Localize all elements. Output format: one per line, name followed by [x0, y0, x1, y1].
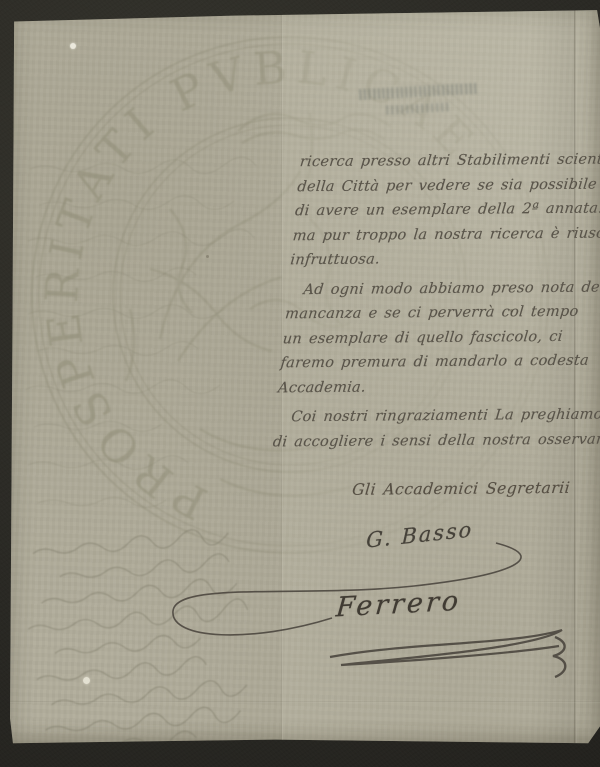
- paper-sheet: PROSPERITATI PVBLICAE: [10, 9, 600, 744]
- closing-role-line: Gli Accademici Segretarii: [351, 476, 571, 502]
- stamp-line-2: [386, 102, 448, 114]
- handwritten-line: della Città per vedere se sia possibile: [296, 172, 600, 199]
- handwritten-line: ma pur troppo la nostra ricerca è riusci…: [292, 221, 596, 248]
- handwritten-line: Accademia.: [277, 373, 581, 400]
- signature-ferrero: Ferrero: [335, 586, 463, 624]
- stamp-line-1: [359, 83, 477, 100]
- scan-viewport: { "document": { "body_paragraphs": [ [ "…: [0, 0, 600, 767]
- paper-fleck: [83, 677, 90, 684]
- paper-fleck: [70, 43, 76, 49]
- letter-paragraph-2: Ad ogni modo abbiamo preso nota dellaman…: [277, 275, 591, 400]
- signature-basso: G. Basso: [366, 517, 474, 552]
- handwritten-line: di avere un esemplare della 2ª annata.: [294, 197, 598, 224]
- handwritten-line: Coi nostri ringraziamenti La preghiamo: [274, 403, 578, 430]
- handwritten-line: infruttuosa.: [289, 246, 593, 273]
- letter-paragraph-1: ricerca presso altri Stabilimenti scient…: [289, 148, 600, 273]
- paper-speck: [206, 255, 209, 258]
- handwritten-line: ricerca presso altri Stabilimenti scient…: [299, 148, 600, 175]
- faint-stamp: [355, 83, 483, 126]
- horizontal-fold-crease: [10, 701, 600, 703]
- handwritten-line: di accogliere i sensi della nostra osser…: [272, 427, 576, 454]
- handwritten-line: Ad ogni modo abbiamo preso nota della: [286, 275, 590, 302]
- handwritten-line: un esemplare di quello fascicolo, ci: [282, 324, 586, 351]
- handwritten-line: mancanza e se ci perverrà col tempo: [284, 300, 588, 327]
- letter-paragraph-3: Coi nostri ringraziamenti La preghiamodi…: [272, 403, 579, 455]
- handwritten-line: faremo premura di mandarlo a codesta: [279, 349, 583, 376]
- letter-body: ricerca presso altri Stabilimenti scient…: [267, 148, 600, 503]
